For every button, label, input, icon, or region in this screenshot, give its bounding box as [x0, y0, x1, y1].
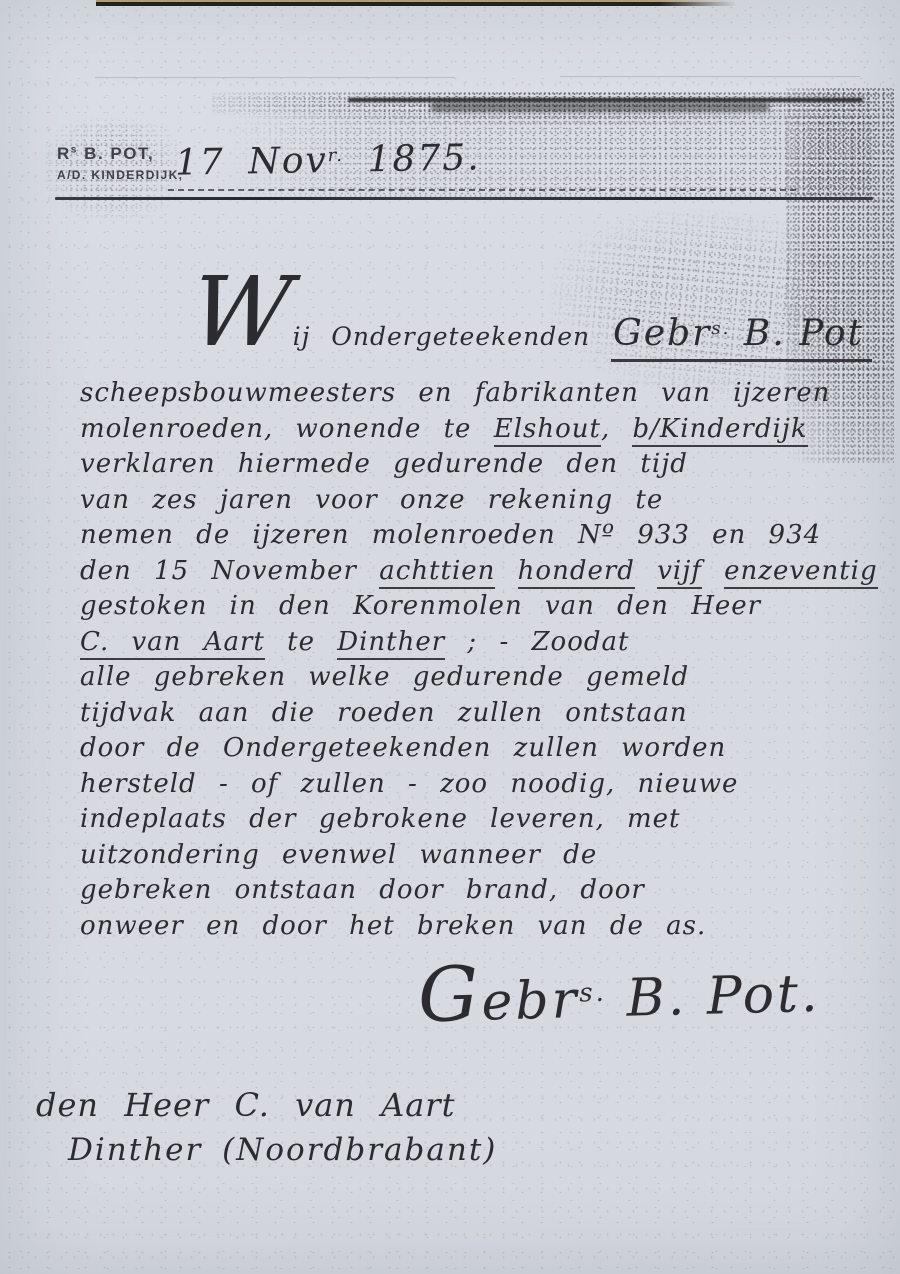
faint-rule-left	[95, 77, 455, 78]
date-superscript: r.	[327, 145, 344, 166]
signature-superscript: s.	[579, 978, 607, 1009]
handwritten-text: alle gebreken welke gedurende gemeld	[80, 662, 689, 692]
letterhead-firm-name: Rs B. POT,	[57, 144, 154, 164]
signature-rest: B. Pot.	[606, 964, 821, 1030]
handwritten-line: onweer en door het breken van de as.	[80, 909, 872, 945]
underlined-word: b/Kinderdijk	[632, 414, 807, 447]
handwritten-text: hersteld - of zullen - zoo noodig, nieuw…	[80, 769, 738, 799]
handwritten-line: alle gebreken welke gedurende gemeld	[80, 660, 872, 696]
letter-body: Wij Ondergeteekenden Gebrs. B. Pot schee…	[80, 252, 872, 944]
letterhead-rule	[55, 197, 873, 200]
date-underline	[168, 189, 796, 191]
underlined-word: vijf	[657, 556, 702, 589]
firm-inline-pre: Gebr	[613, 313, 711, 354]
handwritten-text	[635, 556, 657, 586]
handwritten-text: gebreken ontstaan door brand, door	[80, 875, 645, 905]
letterhead-place: A/D. KINDERDIJK,	[57, 168, 183, 182]
underlined-word: Dinther	[337, 627, 445, 660]
handwritten-text: indeplaats der gebrokene leveren, met	[80, 804, 680, 834]
handwritten-text: van zes jaren voor onze rekening te	[80, 485, 663, 515]
handwritten-line: C. van Aart te Dinther ; - Zoodat	[80, 625, 872, 661]
handwritten-text: onweer en door het breken van de as.	[80, 911, 706, 941]
handwritten-line: nemen de ijzeren molenroeden Nº 933 en 9…	[80, 518, 872, 554]
handwritten-text: uitzondering evenwel wanneer de	[80, 840, 597, 870]
handwritten-text: tijdvak aan die roeden zullen ontstaan	[80, 698, 688, 728]
handwritten-line: uitzondering evenwel wanneer de	[80, 838, 872, 874]
handwritten-text	[702, 556, 724, 586]
flourish-capital-w: W	[188, 276, 294, 348]
letterhead-date: 17 Novr. 1875.	[175, 137, 481, 183]
handwritten-line: scheepsbouwmeesters en fabrikanten van i…	[80, 376, 872, 412]
addressee: den Heer C. van Aart Dinther (Noordbraba…	[36, 1086, 497, 1168]
letter-scan: Rs B. POT, A/D. KINDERDIJK, 17 Novr. 187…	[0, 0, 900, 1274]
firm-inline-superscript: s.	[711, 318, 730, 339]
date-year: 1875.	[344, 137, 481, 180]
handwritten-text: gestoken in den Korenmolen van den Heer	[80, 591, 761, 621]
firm-rest: B. POT,	[78, 144, 154, 163]
addressee-name: den Heer C. van Aart	[36, 1086, 497, 1124]
underlined-word: enzeventig	[724, 556, 877, 589]
handwritten-line: den 15 November achttien honderd vijf en…	[80, 554, 872, 590]
handwritten-text: ,	[601, 414, 633, 444]
firm-prefix: R	[57, 144, 71, 163]
handwritten-text: ; - Zoodat	[445, 627, 629, 657]
handwritten-text: den 15 November	[80, 556, 379, 586]
signature: Gebrs. B. Pot.	[417, 941, 821, 1039]
handwritten-text: verklaren hiermede gedurende den tijd	[80, 449, 688, 479]
handwritten-line: verklaren hiermede gedurende den tijd	[80, 447, 872, 483]
firm-superscript: s	[71, 144, 78, 155]
letter-lines: scheepsbouwmeesters en fabrikanten van i…	[80, 376, 872, 944]
handwritten-line: gebreken ontstaan door brand, door	[80, 873, 872, 909]
date-day-month: 17 Nov	[175, 140, 328, 184]
handwritten-line: indeplaats der gebrokene leveren, met	[80, 802, 872, 838]
handwritten-line: door de Ondergeteekenden zullen worden	[80, 731, 872, 767]
faint-rule-right	[560, 76, 860, 77]
signature-pre: Gebr	[417, 947, 580, 1039]
scan-top-edge	[96, 0, 736, 6]
handwritten-text: molenroeden, wonende te	[80, 414, 494, 444]
handwritten-line: van zes jaren voor onze rekening te	[80, 483, 872, 519]
underlined-word: C. van Aart	[80, 627, 265, 660]
handwritten-text	[495, 556, 517, 586]
opening-text: ij Ondergeteekenden	[293, 322, 590, 351]
handwritten-line: hersteld - of zullen - zoo noodig, nieuw…	[80, 767, 872, 803]
handwritten-text: te	[265, 627, 337, 657]
firm-inline-rest: B. Pot	[730, 313, 864, 354]
handwritten-line: molenroeden, wonende te Elshout, b/Kinde…	[80, 412, 872, 448]
smudge-blob	[430, 102, 770, 112]
handwritten-text: nemen de ijzeren molenroeden Nº 933 en 9…	[80, 520, 821, 550]
underlined-word: Elshout	[494, 414, 601, 447]
handwritten-text: door de Ondergeteekenden zullen worden	[80, 733, 726, 763]
handwritten-text: scheepsbouwmeesters en fabrikanten van i…	[80, 378, 830, 408]
handwritten-line: gestoken in den Korenmolen van den Heer	[80, 589, 872, 625]
opening-line: Wij Ondergeteekenden Gebrs. B. Pot	[80, 276, 872, 362]
underlined-word: honderd	[518, 556, 635, 589]
firm-name-inline: Gebrs. B. Pot	[611, 313, 872, 362]
handwritten-line: tijdvak aan die roeden zullen ontstaan	[80, 696, 872, 732]
addressee-place: Dinther (Noordbrabant)	[68, 1132, 497, 1168]
underlined-word: achttien	[379, 556, 495, 589]
